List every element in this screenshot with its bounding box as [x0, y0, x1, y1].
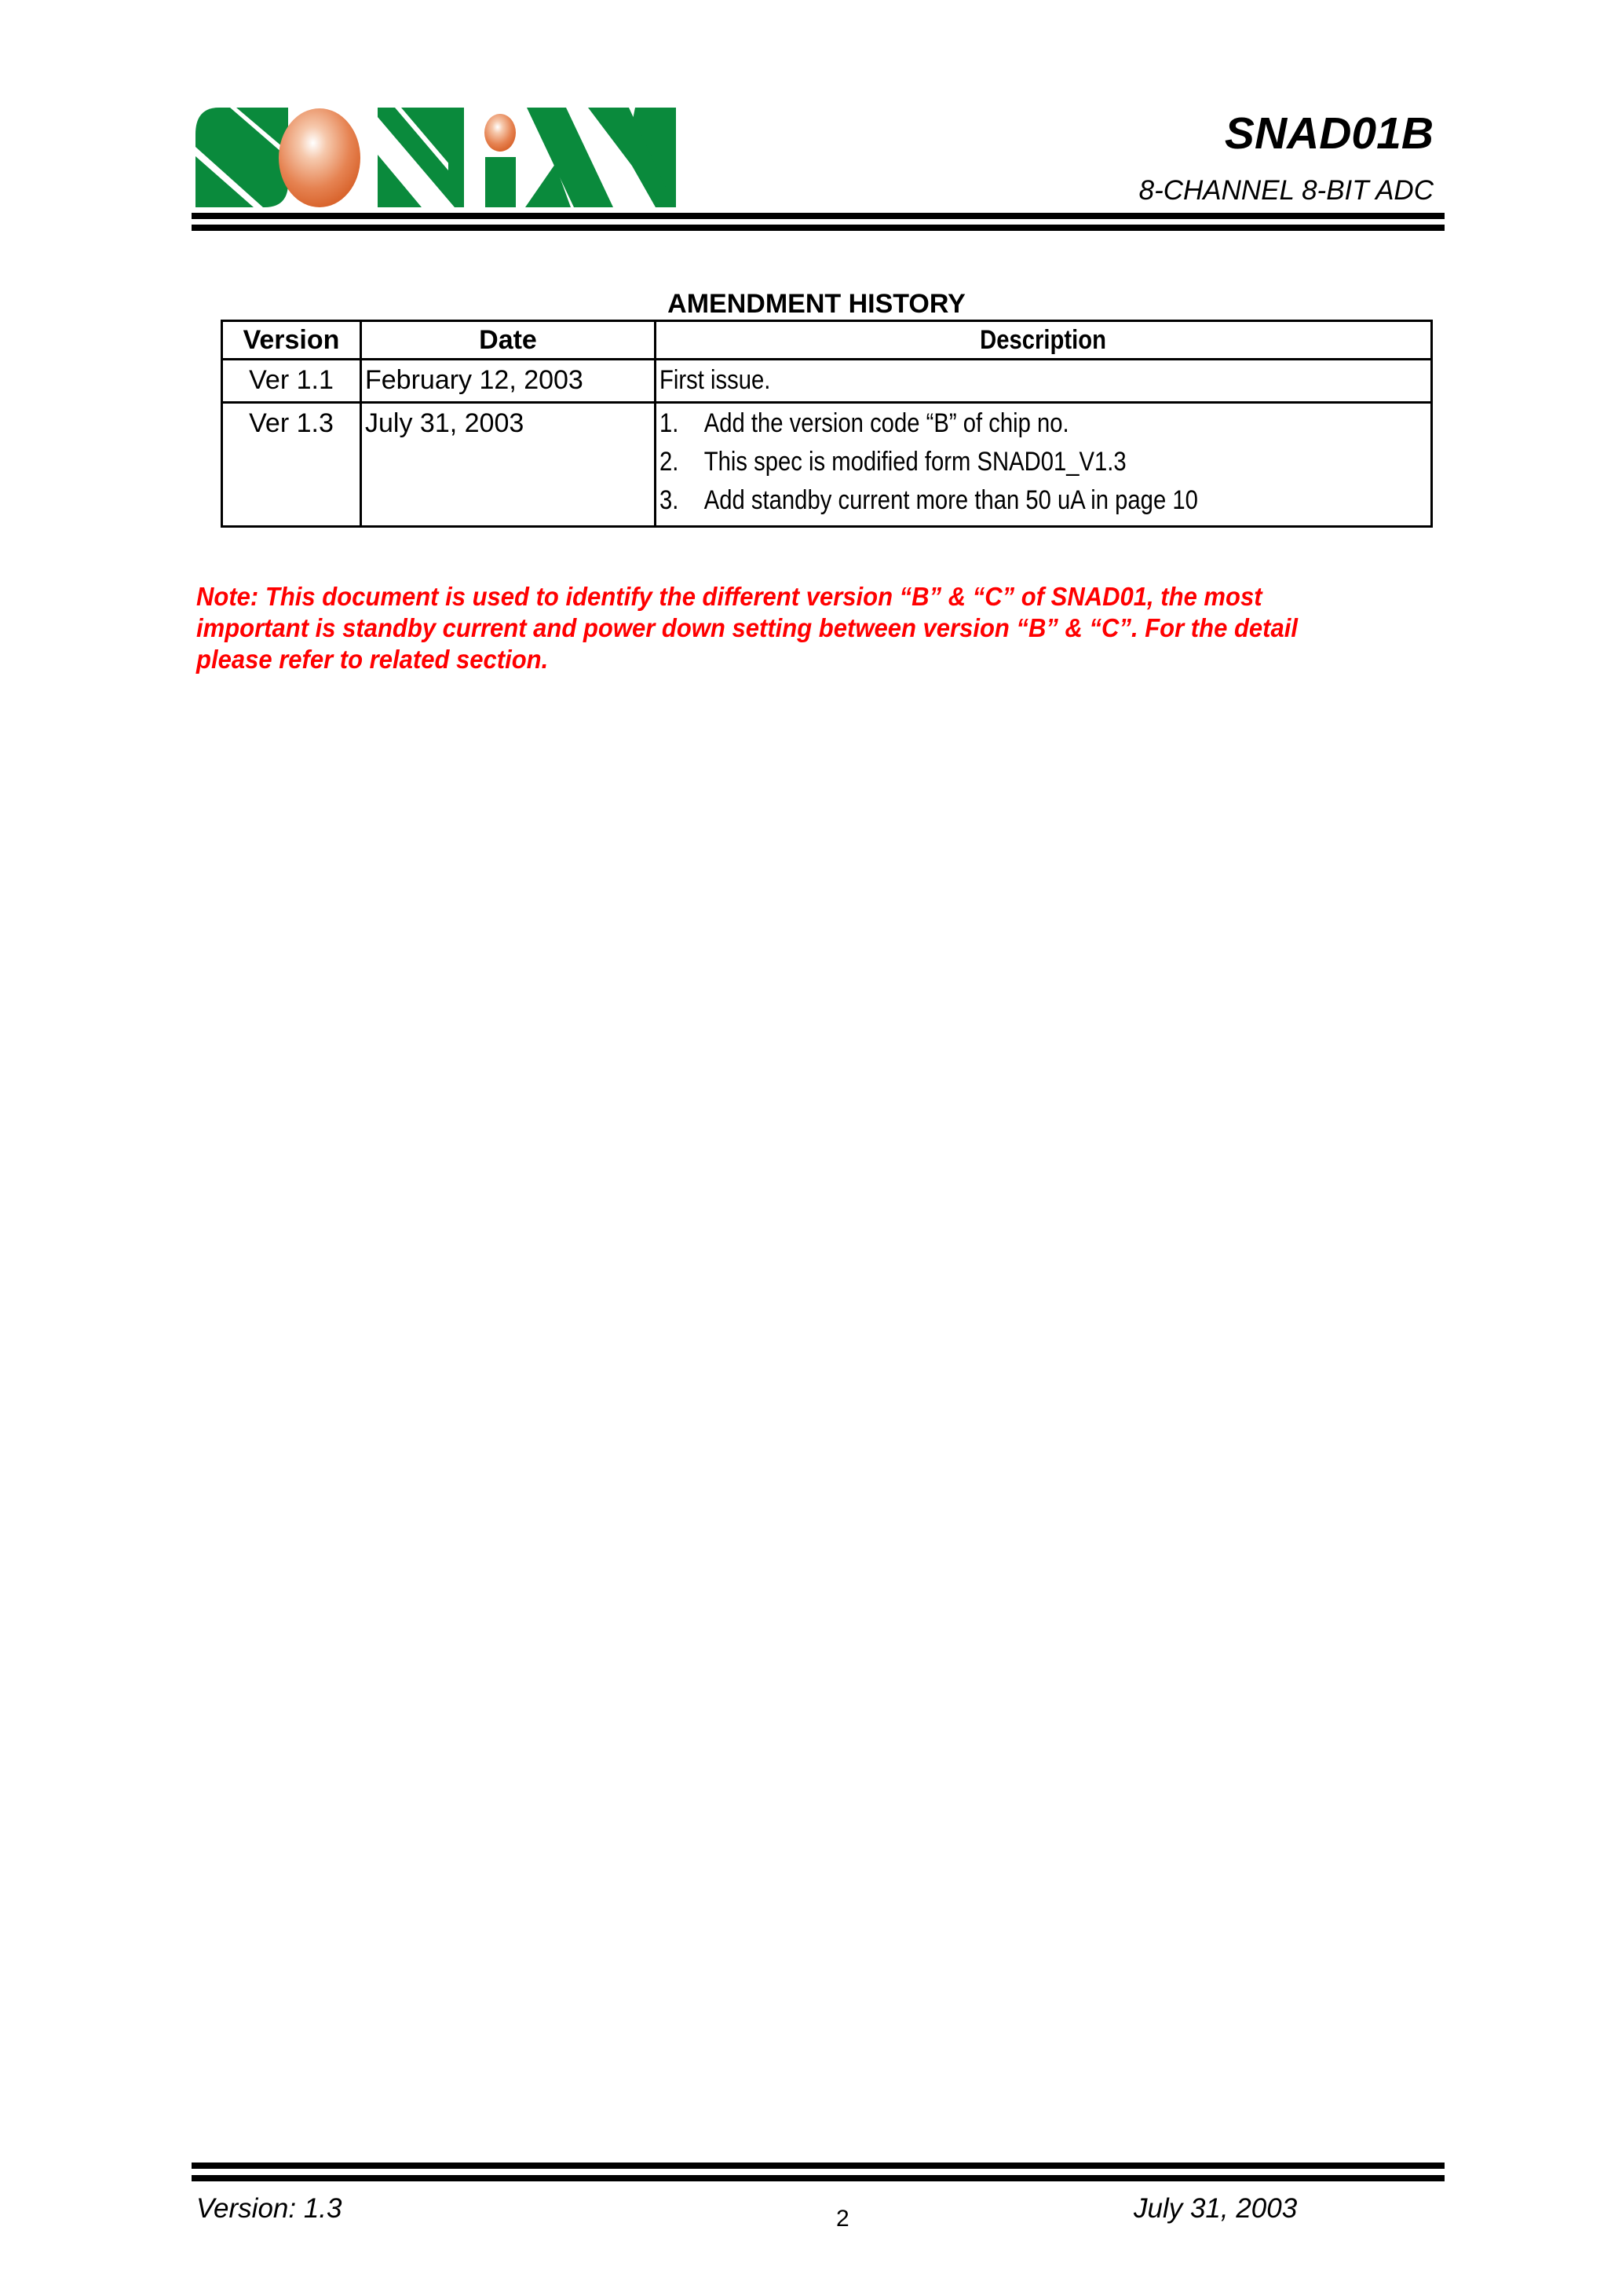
note-line: please refer to related section. — [196, 644, 1392, 675]
note-line: Note: This document is used to identify … — [196, 581, 1392, 612]
table-row: Ver 1.1 February 12, 2003 First issue. — [222, 360, 1432, 403]
document-title: SNAD01B — [1225, 112, 1434, 156]
description-cell: 1.Add the version code “B” of chip no. 2… — [656, 403, 1432, 527]
note-line: important is standby current and power d… — [196, 612, 1392, 644]
page-number: 2 — [836, 2207, 849, 2231]
version-cell: Ver 1.3 — [222, 403, 361, 527]
description-item: 2.This spec is modified form SNAD01_V1.3 — [659, 448, 1323, 487]
header-rule-top — [192, 213, 1445, 219]
amendment-history-table: Version Date Description Ver 1.1 Februar… — [221, 320, 1433, 528]
description-cell: First issue. — [656, 360, 1432, 403]
logo-letter-n — [378, 108, 464, 207]
logo-ball-i-dot — [484, 114, 516, 152]
version-cell: Ver 1.1 — [222, 360, 361, 403]
footer-rule-bottom — [192, 2175, 1445, 2181]
logo-ball-o — [279, 108, 360, 207]
table-header-row: Version Date Description — [222, 321, 1432, 360]
logo-letter-s — [195, 108, 288, 207]
footer-rule-top — [192, 2163, 1445, 2169]
table-row: Ver 1.3 July 31, 2003 1.Add the version … — [222, 403, 1432, 527]
date-cell: July 31, 2003 — [361, 403, 656, 527]
header-rule-bottom — [192, 225, 1445, 231]
column-header-description: Description — [656, 321, 1432, 360]
description-item: 3.Add standby current more than 50 uA in… — [659, 487, 1323, 525]
column-header-date: Date — [361, 321, 656, 360]
column-header-version: Version — [222, 321, 361, 360]
date-cell: February 12, 2003 — [361, 360, 656, 403]
document-subtitle: 8-CHANNEL 8-BIT ADC — [1139, 177, 1434, 204]
footer-version: Version: 1.3 — [196, 2195, 342, 2222]
description-item: 1.Add the version code “B” of chip no. — [659, 410, 1323, 448]
sonix-logo — [195, 108, 676, 207]
logo-letter-x — [525, 108, 676, 207]
footer-date: July 31, 2003 — [1134, 2195, 1297, 2222]
version-note: Note: This document is used to identify … — [196, 581, 1468, 675]
description-list: 1.Add the version code “B” of chip no. 2… — [659, 410, 1430, 525]
logo-letter-i — [485, 157, 516, 207]
amendment-history-heading: AMENDMENT HISTORY — [0, 291, 1622, 317]
